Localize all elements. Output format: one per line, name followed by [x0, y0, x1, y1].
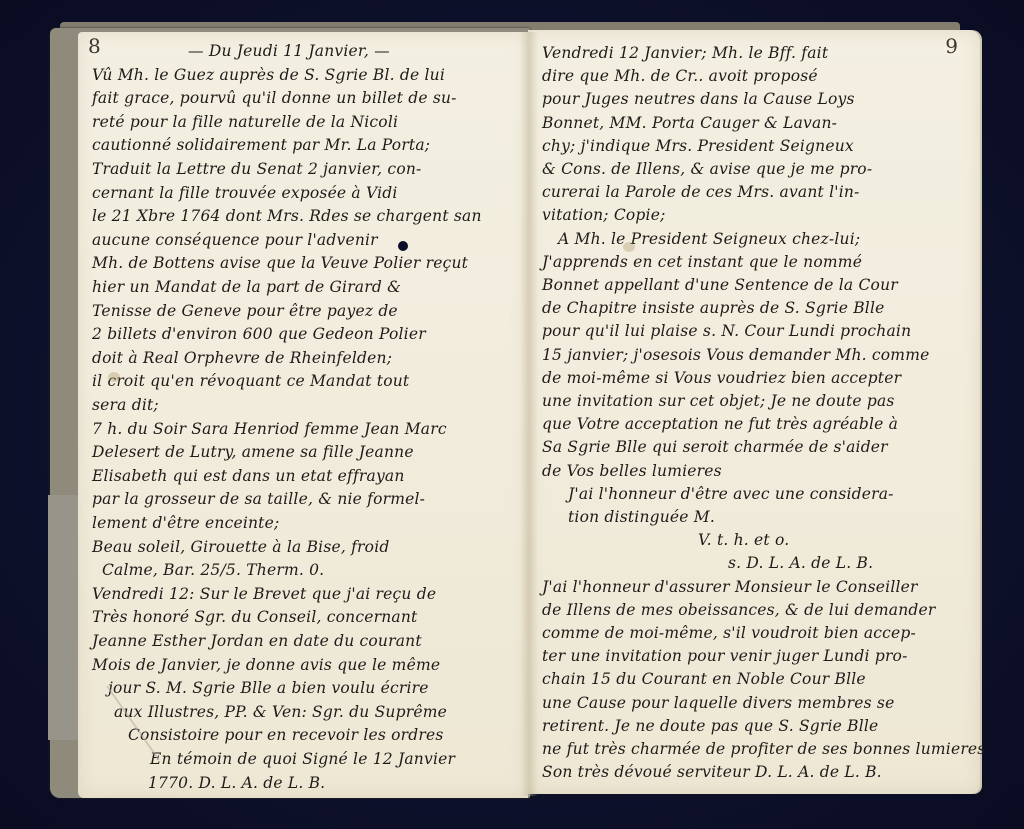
manuscript-line: de Vos belles lumieres [542, 462, 722, 480]
manuscript-line: Jeanne Esther Jordan en date du courant [92, 632, 422, 650]
manuscript-line: 1770. D. L. A. de L. B. [148, 774, 325, 792]
manuscript-line: que Votre acceptation ne fut très agréab… [542, 415, 898, 433]
manuscript-line: J'apprends en cet instant que le nommé [542, 253, 862, 271]
manuscript-line: une Cause pour laquelle divers membres s… [542, 694, 894, 712]
ink-blot [398, 241, 408, 251]
manuscript-line: le 21 Xbre 1764 dont Mrs. Rdes se charge… [92, 207, 482, 225]
manuscript-line: dire que Mh. de Cr.. avoit proposé [542, 67, 818, 85]
manuscript-line: Bonnet appellant d'une Sentence de la Co… [542, 276, 898, 294]
manuscript-line: chain 15 du Courant en Noble Cour Blle [542, 670, 866, 688]
manuscript-line: cernant la fille trouvée exposée à Vidi [92, 184, 398, 202]
manuscript-line: de Illens de mes obeissances, & de lui d… [542, 601, 936, 619]
left-page: 8 — Du Jeudi 11 Janvier, —Vû Mh. le Guez… [78, 32, 528, 798]
manuscript-line: En témoin de quoi Signé le 12 Janvier [150, 750, 455, 768]
manuscript-line: Vû Mh. le Guez auprès de S. Sgrie Bl. de… [92, 66, 445, 84]
manuscript-line: V. t. h. et o. [698, 531, 789, 549]
manuscript-line: A Mh. le President Seigneux chez-lui; [558, 230, 860, 248]
manuscript-line: Sa Sgrie Blle qui seroit charmée de s'ai… [542, 438, 888, 456]
manuscript-line: jour S. M. Sgrie Blle a bien voulu écrir… [108, 679, 429, 697]
manuscript-line: Tenisse de Geneve pour être payez de [92, 302, 398, 320]
manuscript-line: hier un Mandat de la part de Girard & [92, 278, 401, 296]
manuscript-line: Vendredi 12 Janvier; Mh. le Bff. fait [542, 44, 828, 62]
manuscript-line: il croit qu'en révoquant ce Mandat tout [92, 372, 409, 390]
manuscript-line: — Du Jeudi 11 Janvier, — [188, 42, 390, 60]
manuscript-line: chy; j'indique Mrs. President Seigneux [542, 137, 854, 155]
manuscript-line: cautionné solidairement par Mr. La Porta… [92, 136, 430, 154]
manuscript-line: Elisabeth qui est dans un etat effrayan [92, 467, 405, 485]
manuscript-line: 2 billets d'environ 600 que Gedeon Polie… [92, 325, 426, 343]
manuscript-line: Calme, Bar. 25/5. Therm. 0. [102, 561, 324, 579]
manuscript-line: doit à Real Orphevre de Rheinfelden; [92, 349, 392, 367]
manuscript-line: pour qu'il lui plaise s. N. Cour Lundi p… [542, 322, 911, 340]
manuscript-line: 15 janvier; j'osesois Vous demander Mh. … [542, 346, 929, 364]
manuscript-line: une invitation sur cet objet; Je ne dout… [542, 392, 895, 410]
manuscript-line: ne fut très charmée de profiter de ses b… [542, 740, 985, 758]
paper-stain [108, 372, 120, 382]
manuscript-line: aux Illustres, PP. & Ven: Sgr. du Suprêm… [114, 703, 447, 721]
manuscript-line: Mh. de Bottens avise que la Veuve Polier… [92, 254, 468, 272]
manuscript-line: & Cons. de Illens, & avise que je me pro… [542, 160, 872, 178]
book-gutter [520, 32, 538, 796]
manuscript-line: 7 h. du Soir Sara Henriod femme Jean Mar… [92, 420, 447, 438]
manuscript-line: reté pour la fille naturelle de la Nicol… [92, 113, 398, 131]
manuscript-line: s. D. L. A. de L. B. [728, 554, 873, 572]
manuscript-line: Mois de Janvier, je donne avis que le mê… [92, 656, 440, 674]
manuscript-line: curerai la Parole de ces Mrs. avant l'in… [542, 183, 860, 201]
manuscript-line: Bonnet, MM. Porta Cauger & Lavan- [542, 114, 837, 132]
manuscript-line: tion distinguée M. [568, 508, 715, 526]
manuscript-line: de Chapitre insiste auprès de S. Sgrie B… [542, 299, 885, 317]
manuscript-line: lement d'être enceinte; [92, 514, 279, 532]
manuscript-line: ter une invitation pour venir juger Lund… [542, 647, 908, 665]
manuscript-line: sera dit; [92, 396, 159, 414]
manuscript-line: Très honoré Sgr. du Conseil, concernant [92, 608, 417, 626]
manuscript-line: Traduit la Lettre du Senat 2 janvier, co… [92, 160, 421, 178]
manuscript-line: fait grace, pourvû qu'il donne un billet… [92, 89, 457, 107]
manuscript-line: Beau soleil, Girouette à la Bise, froid [92, 538, 389, 556]
manuscript-line: Consistoire pour en recevoir les ordres [128, 726, 444, 744]
manuscript-line: comme de moi-même, s'il voudroit bien ac… [542, 624, 916, 642]
page-number-left: 8 [88, 34, 101, 58]
manuscript-line: Delesert de Lutry, amene sa fille Jeanne [92, 443, 414, 461]
manuscript-line: vitation; Copie; [542, 206, 666, 224]
manuscript-line: aucune conséquence pour l'advenir [92, 231, 378, 249]
manuscript-line: de moi-même si Vous voudriez bien accept… [542, 369, 901, 387]
right-page: 9 Vendredi 12 Janvier; Mh. le Bff. faitd… [528, 30, 980, 794]
manuscript-line: Vendredi 12: Sur le Brevet que j'ai reçu… [92, 585, 436, 603]
manuscript-line: J'ai l'honneur d'assurer Monsieur le Con… [542, 578, 918, 596]
manuscript-line: par la grosseur de sa taille, & nie form… [92, 490, 425, 508]
manuscript-line: Son très dévoué serviteur D. L. A. de L.… [542, 763, 882, 781]
page-number-right: 9 [945, 34, 958, 58]
manuscript-line: retirent. Je ne doute pas que S. Sgrie B… [542, 717, 878, 735]
manuscript-line: J'ai l'honneur d'être avec une considera… [568, 485, 894, 503]
paper-stain [623, 242, 635, 252]
manuscript-line: pour Juges neutres dans la Cause Loys [542, 90, 855, 108]
